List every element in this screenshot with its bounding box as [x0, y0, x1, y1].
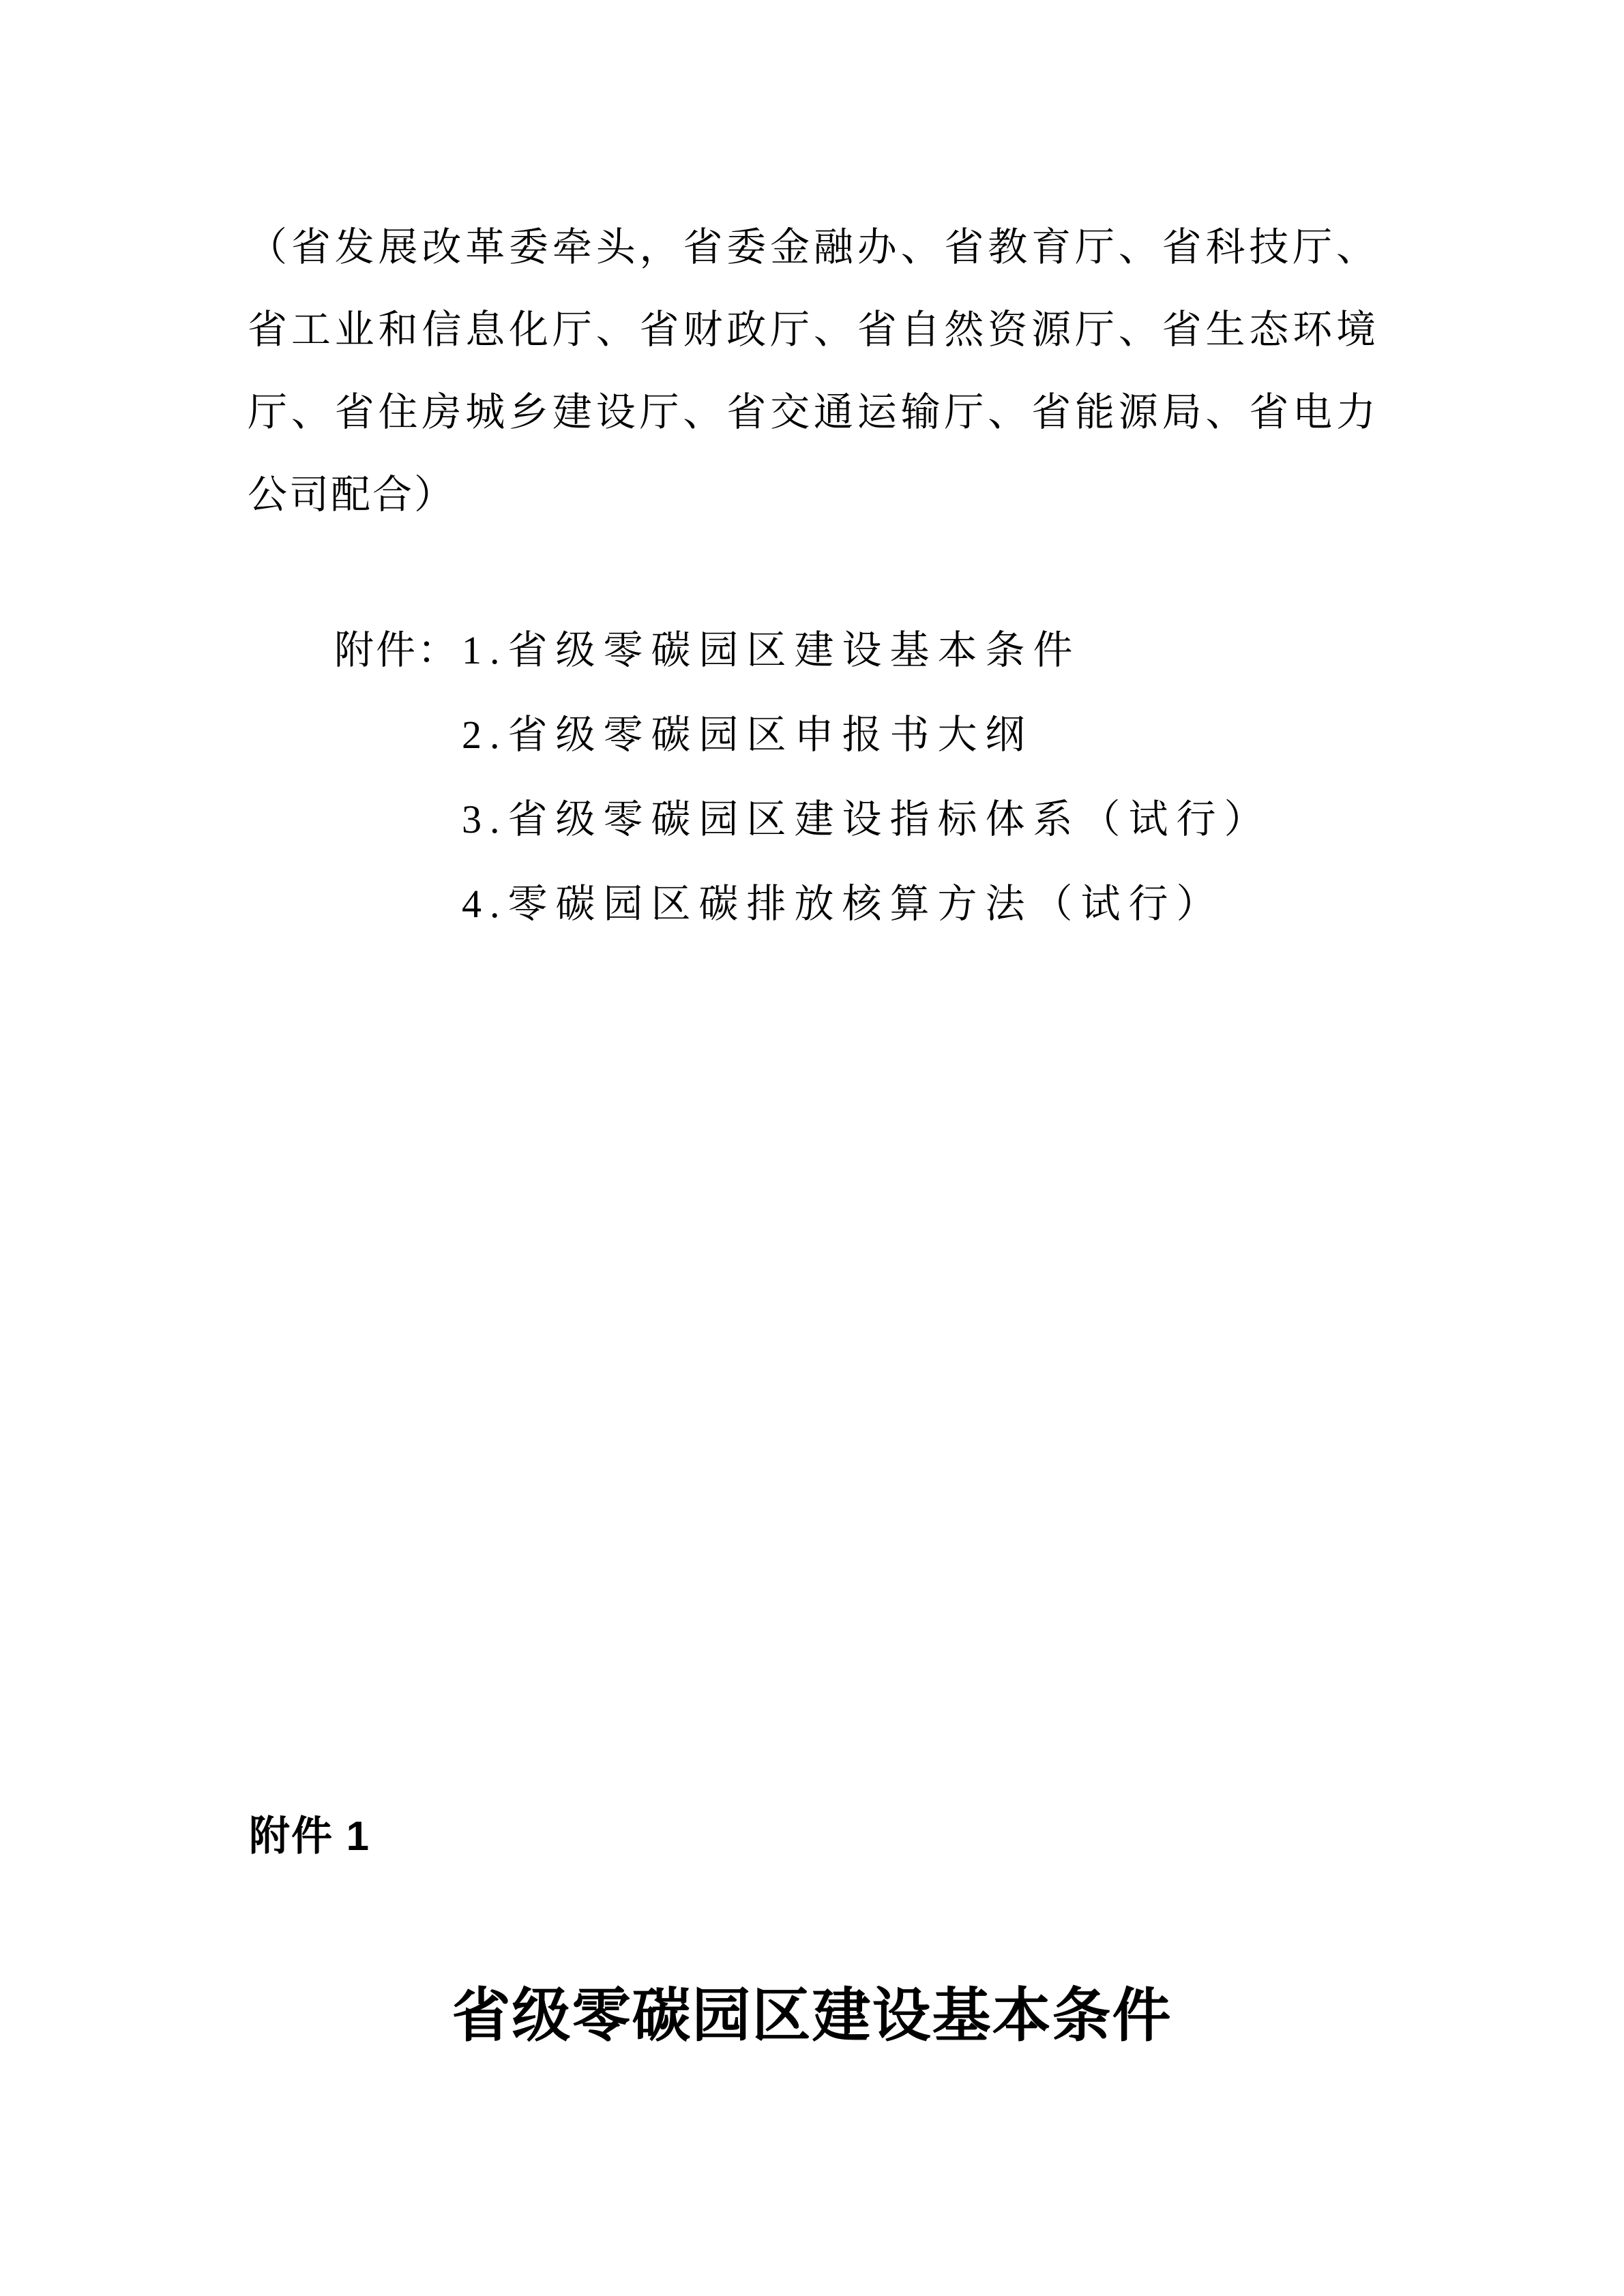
- paragraph-line-2: 省工业和信息化厅、省财政厅、省自然资源厅、省生态环境: [248, 288, 1378, 371]
- appendix-label: 附件 1: [249, 1810, 370, 1863]
- attachment-list: 附件：1.省级零碳园区建设基本条件 2.省级零碳园区申报书大纲 3.省级零碳园区…: [334, 608, 1272, 946]
- appendix-title: 省级零碳园区建设基本条件: [0, 1975, 1624, 2057]
- attachment-item-4: 4.零碳园区碳排放核算方法（试行）: [462, 882, 1224, 926]
- attachment-item-2: 2.省级零碳园区申报书大纲: [462, 713, 1033, 757]
- attachment-row: 2.省级零碳园区申报书大纲: [462, 693, 1272, 777]
- document-page: （省发展改革委牵头，省委金融办、省教育厅、省科技厅、 省工业和信息化厅、省财政厅…: [0, 0, 1624, 2296]
- paragraph-line-1: （省发展改革委牵头，省委金融办、省教育厅、省科技厅、: [248, 206, 1378, 288]
- attachment-row: 3.省级零碳园区建设指标体系（试行）: [462, 777, 1272, 862]
- attachment-item-3: 3.省级零碳园区建设指标体系（试行）: [462, 797, 1272, 841]
- attachment-item-1: 1.省级零碳园区建设基本条件: [462, 628, 1081, 672]
- attachment-label: 附件：: [334, 608, 462, 693]
- paragraph-line-3: 厅、省住房城乡建设厅、省交通运输厅、省能源局、省电力: [248, 371, 1378, 453]
- body-paragraph: （省发展改革委牵头，省委金融办、省教育厅、省科技厅、 省工业和信息化厅、省财政厅…: [248, 206, 1378, 536]
- attachment-row: 附件：1.省级零碳园区建设基本条件: [334, 608, 1272, 693]
- paragraph-line-4: 公司配合）: [248, 453, 1378, 536]
- attachment-row: 4.零碳园区碳排放核算方法（试行）: [462, 862, 1272, 946]
